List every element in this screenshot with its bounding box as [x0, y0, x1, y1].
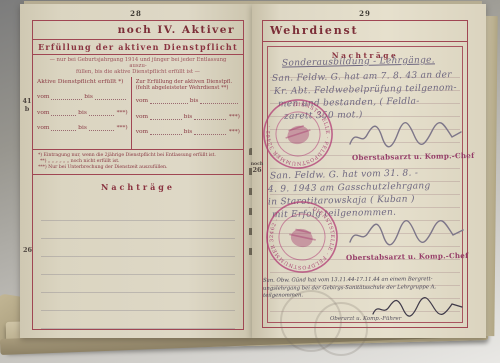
dotted-blank — [51, 109, 76, 116]
footnote-3: ***) Nur bei Unterbrechung der Dienstzei… — [38, 165, 238, 171]
stamp-emblem-smudge — [287, 226, 317, 249]
bis-label: bis — [78, 125, 87, 131]
table-row: vombis***) — [136, 128, 240, 135]
entry3-line1: San. Obw. Günd hat vom 13.11.44-17.11.44… — [263, 276, 433, 283]
bis-label: bis — [84, 94, 93, 100]
table-column-left: Aktive Dienstpflicht erfüllt *) vombis v… — [33, 77, 132, 149]
footnote-mark: ***) — [229, 114, 240, 120]
left-page: 28 noch IV. Aktiver Erfüllung der aktive… — [20, 4, 252, 338]
dotted-blank — [150, 97, 188, 104]
form-note-line1: — nur bei Geburtsjahrgang 1914 und jünge… — [41, 57, 235, 69]
form-note: — nur bei Geburtsjahrgang 1914 und jünge… — [33, 55, 243, 77]
footnote-mark: ***) — [229, 129, 240, 135]
margin-b: b — [22, 106, 32, 114]
vom-label: vom — [136, 129, 148, 135]
dotted-blank — [150, 128, 182, 135]
footnote-mark: ***) — [117, 125, 128, 131]
column2-header-line2: (fehlt abgeleisteter Wehrdienst **) — [136, 85, 240, 91]
signature-scribble-2 — [347, 218, 467, 252]
footnotes: *) Eintragung nur, wenn die 2jährige Die… — [33, 150, 243, 174]
unit-round-stamp-2: · DIENSTSTELLE · FELDPOSTNUMMER 32462 · — [256, 191, 349, 284]
right-page-number: 29 — [262, 9, 468, 18]
wehrdienst-header: Wehrdienst — [263, 21, 467, 42]
blank-ruled-lines — [41, 203, 235, 329]
table-column-right: Zur Erfüllung der aktiven Dienstpfl. (fe… — [132, 77, 243, 149]
margin-label-41b: 41 b — [22, 98, 32, 113]
column2-header-line1: Zur Erfüllung der aktiven Dienstpfl. — [136, 79, 240, 85]
bis-label: bis — [190, 98, 199, 104]
stamp-emblem-smudge — [283, 122, 313, 147]
dotted-blank — [51, 93, 82, 100]
bis-label: bis — [184, 129, 193, 135]
photo-of-wehrpass-booklet: 28 noch IV. Aktiver Erfüllung der aktive… — [0, 0, 500, 363]
entry3-line2: ungslehrgang bei der Gebirgs-Sanitätssch… — [263, 284, 385, 291]
vom-label: vom — [37, 125, 49, 131]
table-row: vombis***) — [37, 124, 128, 131]
dotted-blank — [194, 128, 226, 135]
footnote-mark: ***) — [117, 110, 128, 116]
bis-label: bis — [78, 110, 87, 116]
margin-26: 26 — [252, 166, 261, 174]
dotted-blank — [150, 113, 182, 120]
vom-label: vom — [136, 98, 148, 104]
vom-label: vom — [136, 114, 148, 120]
form-note-line2: füllen, bis die aktive Dienstpflicht erf… — [41, 69, 235, 75]
table-row: vombis***) — [136, 113, 240, 120]
column1-header: Aktive Dienstpflicht erfüllt *) — [37, 79, 128, 85]
table-row: vombis***) — [37, 109, 128, 116]
table-row: vombis — [37, 93, 128, 100]
margin-label-noch-26: noch 26 — [250, 162, 264, 174]
dotted-blank — [194, 113, 226, 120]
margin-label-26-left: 26 — [23, 246, 32, 254]
dotted-blank — [89, 109, 114, 116]
service-dates-table: Aktive Dienstpflicht erfüllt *) vombis v… — [33, 77, 243, 150]
bis-label: bis — [184, 114, 193, 120]
signature-scribble-1 — [347, 118, 465, 154]
form-heading: Erfüllung der aktiven Dienstpflicht — [33, 40, 243, 55]
section-title: noch IV. Aktiver — [33, 21, 243, 40]
dotted-blank — [89, 124, 114, 131]
nachtraege-heading-left: Nachträge — [33, 174, 243, 197]
dotted-blank — [51, 124, 76, 131]
vom-label: vom — [37, 94, 49, 100]
table-row: vombis — [136, 97, 240, 104]
dotted-blank — [200, 97, 238, 104]
left-page-form-box: noch IV. Aktiver Erfüllung der aktiven D… — [32, 20, 244, 330]
dotted-blank — [95, 93, 126, 100]
right-page: 29 Wehrdienst Nachträge Sonderausbildung… — [252, 4, 486, 338]
faint-ghost-stamp-2 — [314, 302, 368, 356]
vom-label: vom — [37, 110, 49, 116]
left-page-number: 28 — [20, 9, 252, 18]
